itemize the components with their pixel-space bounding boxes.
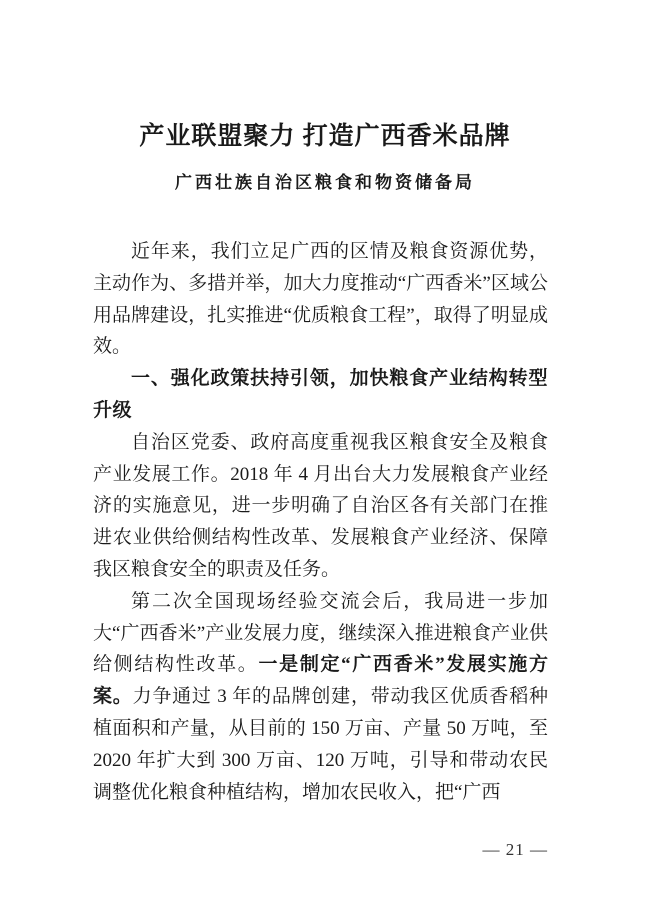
document-body: 近年来，我们立足广西的区情及粮食资源优势，主动作为、多措并举，加大力度推动“广西… xyxy=(93,236,548,808)
paragraph-intro: 近年来，我们立足广西的区情及粮食资源优势，主动作为、多措并举，加大力度推动“广西… xyxy=(93,236,548,363)
document-subtitle: 广西壮族自治区粮食和物资储备局 xyxy=(0,168,650,193)
section-heading-1: 一、强化政策扶持引领，加快粮食产业结构转型升级 xyxy=(93,363,548,427)
paragraph-plan-continuation: 力争通过 3 年的品牌创建，带动我区优质香稻种植面积和产量，从目前的 150 万… xyxy=(93,686,548,802)
document-title: 产业联盟聚力 打造广西香米品牌 xyxy=(0,116,650,152)
paragraph-policy: 自治区党委、政府高度重视我区粮食安全及粮食产业发展工作。2018 年 4 月出台… xyxy=(93,427,548,586)
document-page: 产业联盟聚力 打造广西香米品牌 广西壮族自治区粮食和物资储备局 近年来，我们立足… xyxy=(0,0,650,919)
paragraph-plan: 第二次全国现场经验交流会后，我局进一步加大“广西香米”产业发展力度，继续深入推进… xyxy=(93,586,548,809)
page-number: — 21 — xyxy=(93,840,548,860)
